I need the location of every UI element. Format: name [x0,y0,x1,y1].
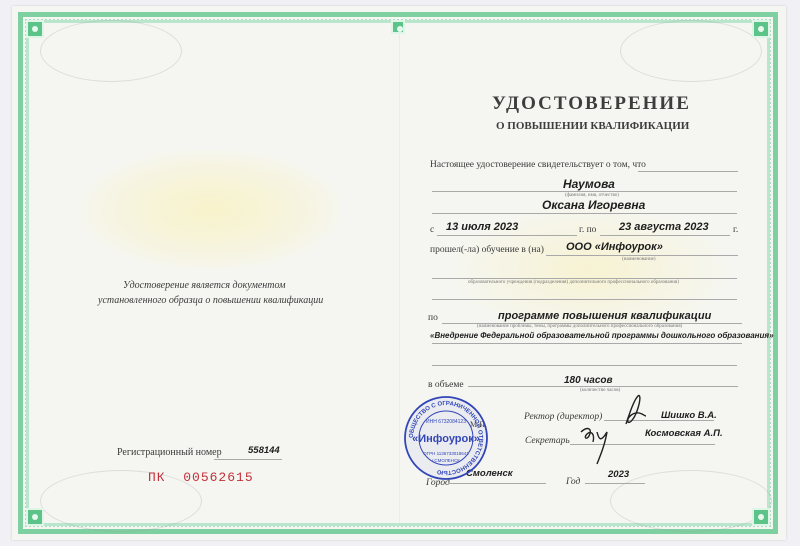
name-underline [432,213,737,214]
intro-underline [638,171,738,172]
institution-caption: образовательного учреждения (подразделен… [468,280,679,285]
director-signature-icon [620,394,648,428]
statement-line-2: установленного образца о повышении квали… [98,295,323,306]
program-caption: (наименование проблемы, темы, программы … [477,324,682,329]
guilloche-swirl [40,20,182,82]
date-to-value: 23 августа 2023 [619,221,709,233]
registration-label: Регистрационный номер [117,447,222,458]
hours-value: 180 часов [564,375,613,386]
date-from-value: 13 июля 2023 [446,221,518,233]
institution-underline [546,255,738,256]
top-center-ornament-icon [391,20,405,34]
svg-text:ИНН 6732084123: ИНН 6732084123 [426,419,466,425]
director-name: Шишко В.А. [661,410,717,421]
corner-ornament-icon [752,508,770,526]
hours-underline [468,386,738,387]
volume-label: в объеме [428,380,464,390]
date-to-underline [600,235,730,236]
institution-name-caption: (наименование) [622,257,656,262]
registration-underline [214,459,282,460]
serial-number: 00562615 [183,470,253,485]
program-type-value: программе повышения квалификации [498,310,711,322]
date-from-underline [437,235,577,236]
series-code: ПК [148,470,166,485]
year-value: 2023 [608,469,629,480]
certificate-subtitle: О ПОВЫШЕНИИ КВАЛИФИКАЦИИ [496,120,689,132]
svg-text:г.СМОЛЕНСК: г.СМОЛЕНСК [432,458,460,463]
series-serial: ПК 00562615 [148,470,254,485]
guilloche-swirl [620,20,762,82]
institution-value: ООО «Инфоурок» [566,241,663,253]
program-title-underline [432,343,742,344]
surname-value: Наумова [563,177,615,191]
blank-line [432,299,737,300]
program-prefix: по [428,313,438,323]
name-value: Оксана Игоревна [542,198,645,212]
blank-line-2 [432,365,737,366]
svg-text:«Инфоурок»: «Инфоурок» [412,433,480,445]
corner-ornament-icon [26,508,44,526]
corner-ornament-icon [26,20,44,38]
guilloche-swirl [610,470,772,532]
secretary-label: Секретарь [525,436,570,446]
statement-line-1: Удостоверение является документом [123,280,285,291]
secretary-name: Космовская А.П. [645,428,723,439]
stamp-place-label: М.П. [470,420,487,429]
registration-number: 558144 [248,445,280,456]
trained-label: прошел(-ла) обучение в (на) [430,245,544,255]
year-label: Год [566,477,580,487]
corner-ornament-icon [752,20,770,38]
year-suffix: г. [733,225,738,235]
hours-caption: (количество часов) [580,388,620,393]
institution-line-2 [432,278,737,279]
organization-stamp: ОБЩЕСТВО С ОГРАНИЧЕННОЙ ОТВЕТСТВЕННОСТЬЮ… [403,395,489,481]
certificate-title: УДОСТОВЕРЕНИЕ [492,93,691,115]
program-title-value: «Внедрение Федеральной образовательной п… [430,331,774,340]
city-underline [448,483,546,484]
svg-text:ОГРН 1136733018641: ОГРН 1136733018641 [423,451,469,456]
date-to-label: г. по [579,225,596,235]
year-underline [585,483,645,484]
intro-text: Настоящее удостоверение свидетельствует … [430,160,646,170]
surname-underline [432,191,737,192]
secretary-signature-icon [577,420,615,468]
date-from-prefix: с [430,225,434,235]
